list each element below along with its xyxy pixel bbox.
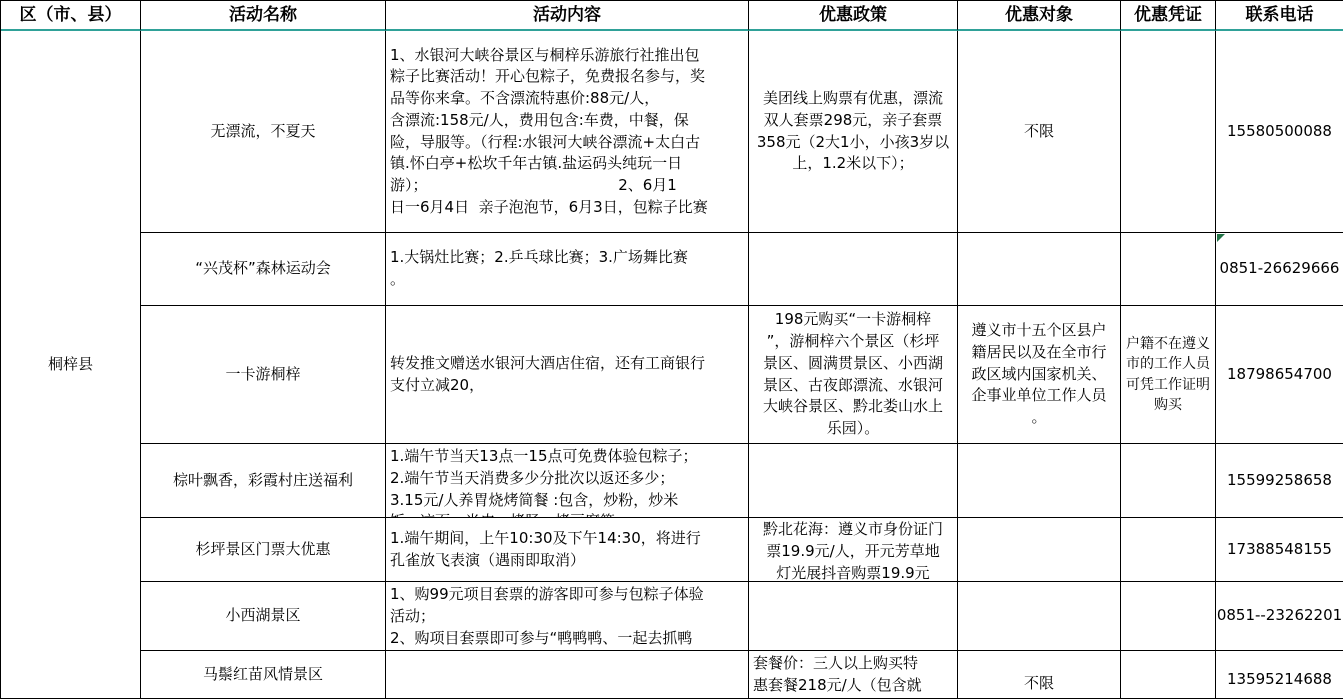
activity-name-cell[interactable]: 一卡游桐梓	[141, 306, 386, 444]
activity-content-cell[interactable]: 1.端午节当天13点一15点可免费体验包粽子； 2.端午节当天消费多少分批次以返…	[386, 444, 749, 518]
region-cell[interactable]: 桐梓县	[1, 31, 141, 699]
activity-content-cell[interactable]: 1.大锅灶比赛；2.乒乓球比赛；3.广场舞比赛 。	[386, 233, 749, 306]
voucher-cell[interactable]	[1121, 444, 1216, 518]
phone-cell[interactable]: 13595214688	[1216, 651, 1343, 699]
policy-cell[interactable]: 198元购买“一卡游桐梓 ”，游桐梓六个景区（杉坪 景区、圆满贯景区、小西湖 景…	[749, 306, 958, 444]
target-cell[interactable]	[958, 582, 1121, 651]
target-cell[interactable]: 不限	[958, 651, 1121, 699]
phone-cell[interactable]: 0851--23262201	[1216, 582, 1343, 651]
phone-cell[interactable]: 18798654700	[1216, 306, 1343, 444]
activity-content-cell[interactable]: 转发推文赠送水银河大酒店住宿，还有工商银行 支付立减20，	[386, 306, 749, 444]
activity-name-cell[interactable]: 无漂流，不夏天	[141, 31, 386, 233]
voucher-cell[interactable]: 户籍不在遵义 市的工作人员 可凭工作证明 购买	[1121, 306, 1216, 444]
policy-cell[interactable]	[749, 444, 958, 518]
column-header-voucher[interactable]: 优惠凭证	[1121, 1, 1216, 31]
target-cell[interactable]	[958, 518, 1121, 582]
policy-cell[interactable]: 美团线上购票有优惠，漂流 双人套票298元，亲子套票 358元（2大1小，小孩3…	[749, 31, 958, 233]
column-header-activity-content[interactable]: 活动内容	[386, 1, 749, 31]
voucher-cell[interactable]	[1121, 31, 1216, 233]
voucher-cell[interactable]	[1121, 233, 1216, 306]
target-cell[interactable]: 遵义市十五个区县户 籍居民以及在全市行 政区域内国家机关、 企事业单位工作人员 …	[958, 306, 1121, 444]
activity-name-cell[interactable]: 小西湖景区	[141, 582, 386, 651]
cell-flag-green-triangle	[1217, 234, 1225, 242]
activity-content-cell[interactable]: 1、水银河大峡谷景区与桐梓乐游旅行社推出包 粽子比赛活动！开心包粽子，免费报名参…	[386, 31, 749, 233]
target-cell[interactable]: 不限	[958, 31, 1121, 233]
phone-cell[interactable]: 0851-26629666	[1216, 233, 1343, 306]
phone-cell[interactable]: 15580500088	[1216, 31, 1343, 233]
activity-name-cell[interactable]: 棕叶飘香，彩霞村庄送福利	[141, 444, 386, 518]
column-header-target[interactable]: 优惠对象	[958, 1, 1121, 31]
column-header-activity-name[interactable]: 活动名称	[141, 1, 386, 31]
activity-content-cell[interactable]	[386, 651, 749, 699]
activity-name-cell[interactable]: 杉坪景区门票大优惠	[141, 518, 386, 582]
phone-cell[interactable]: 15599258658	[1216, 444, 1343, 518]
activity-name-cell[interactable]: “兴茂杯”森林运动会	[141, 233, 386, 306]
discount-activities-table: 区（市、县） 活动名称 活动内容 优惠政策 优惠对象 优惠凭证 联系电话 桐梓县…	[0, 0, 1343, 699]
voucher-cell[interactable]	[1121, 651, 1216, 699]
policy-cell[interactable]: 套餐价：三人以上购买特 惠套餐218元/人（包含就	[749, 651, 958, 699]
column-header-policy[interactable]: 优惠政策	[749, 1, 958, 31]
target-cell[interactable]	[958, 444, 1121, 518]
activity-content-cell[interactable]: 1.端午期间，上午10:30及下午14:30，将进行 孔雀放飞表演（遇雨即取消）	[386, 518, 749, 582]
column-header-phone[interactable]: 联系电话	[1216, 1, 1343, 31]
voucher-cell[interactable]	[1121, 518, 1216, 582]
voucher-cell[interactable]	[1121, 582, 1216, 651]
policy-cell[interactable]	[749, 233, 958, 306]
column-header-region[interactable]: 区（市、县）	[1, 1, 141, 31]
phone-cell[interactable]: 17388548155	[1216, 518, 1343, 582]
activity-content-cell[interactable]: 1、购99元项目套票的游客即可参与包粽子体验 活动； 2、购项目套票即可参与“鸭…	[386, 582, 749, 651]
target-cell[interactable]	[958, 233, 1121, 306]
policy-cell[interactable]	[749, 582, 958, 651]
activity-name-cell[interactable]: 马鬃红苗风情景区	[141, 651, 386, 699]
policy-cell[interactable]: 黔北花海：遵义市身份证门 票19.9元/人，开元芳草地 灯光展抖音购票19.9元	[749, 518, 958, 582]
